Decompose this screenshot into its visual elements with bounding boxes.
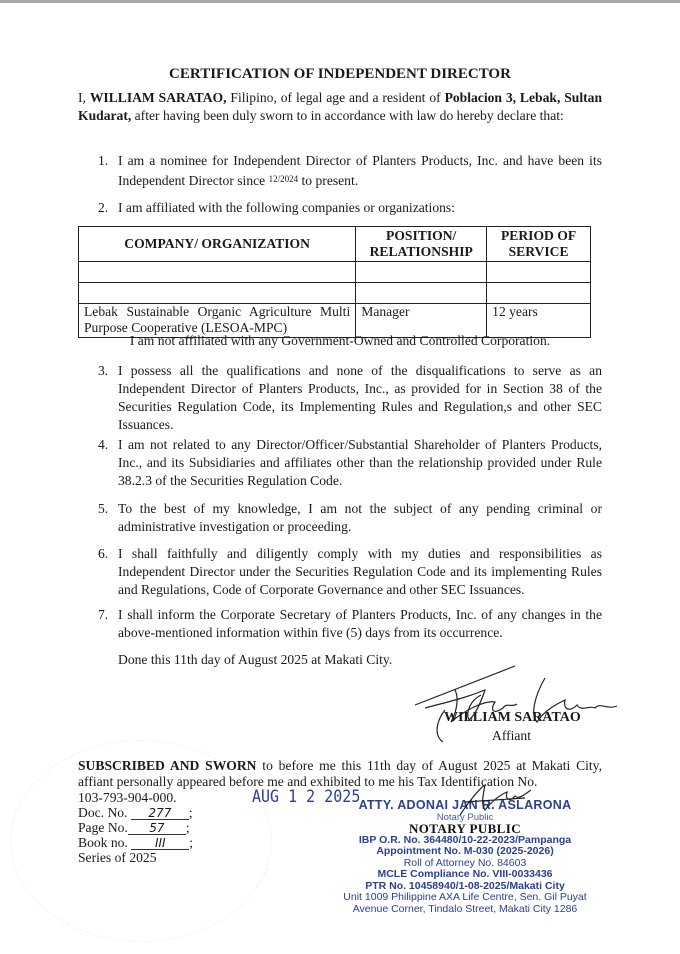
item-text: I am affiliated with the following compa… — [118, 199, 602, 217]
signatory-name: WILLIAM SARATAO — [444, 710, 581, 726]
item-number: 3. — [98, 362, 108, 380]
item-number: 6. — [98, 545, 108, 563]
cell-period — [487, 283, 591, 304]
item-4: 4. I am not related to any Director/Offi… — [98, 436, 602, 490]
registry-page: Page No.57; — [78, 820, 190, 835]
notary-appointment: Appointment No. M-030 (2025-2026) — [330, 846, 600, 858]
registry-series: Series of 2025 — [78, 850, 157, 865]
registry-label: Book no. — [78, 835, 128, 850]
item-text: To the best of my knowledge, I am not th… — [118, 500, 602, 536]
tin-number: 103-793-904-000. — [78, 790, 177, 806]
jurat-lead: SUBSCRIBED AND SWORN — [78, 758, 257, 773]
registry-value: 277 — [131, 806, 189, 820]
cell-company — [79, 262, 356, 283]
item-text: I shall inform the Corporate Secretary o… — [118, 606, 602, 642]
item-number: 2. — [98, 199, 108, 217]
registry-doc: Doc. No. 277; — [78, 805, 193, 820]
intro-paragraph: I, WILLIAM SARATAO, Filipino, of legal a… — [78, 89, 602, 125]
col-header-company: COMPANY/ ORGANIZATION — [79, 227, 356, 262]
cell-position — [356, 262, 487, 283]
registry-value: 57 — [128, 821, 186, 835]
intro-mid: Filipino, of legal age and a resident of — [227, 90, 445, 105]
affiliations-table: COMPANY/ ORGANIZATION POSITION/ RELATION… — [78, 226, 591, 338]
item-6: 6. I shall faithfully and diligently com… — [98, 545, 602, 599]
item-text: I am not related to any Director/Officer… — [118, 436, 602, 490]
notary-address-2: Avenue Corner, Tindalo Street, Makati Ci… — [330, 904, 600, 916]
item-number: 4. — [98, 436, 108, 454]
notary-signature-icon — [455, 780, 535, 820]
item-text-part: I am a nominee for Independent Director … — [118, 153, 602, 188]
cell-position — [356, 283, 487, 304]
page-top-edge — [0, 0, 680, 3]
done-statement: Done this 11th day of August 2025 at Mak… — [118, 652, 392, 668]
item-number: 7. — [98, 606, 108, 624]
col-header-position: POSITION/ RELATIONSHIP — [356, 227, 487, 262]
notary-title: NOTARY PUBLIC — [330, 823, 600, 835]
item-3: 3. I possess all the qualifications and … — [98, 362, 602, 434]
item-text: I am a nominee for Independent Director … — [118, 152, 602, 190]
registry-end: ; — [189, 805, 193, 820]
document-title: CERTIFICATION OF INDEPENDENT DIRECTOR — [0, 66, 680, 83]
table-row — [79, 262, 591, 283]
signatory-role: Affiant — [492, 728, 531, 744]
affiant-name: WILLIAM SARATAO, — [90, 90, 227, 105]
item-2: 2. I am affiliated with the following co… — [98, 199, 602, 217]
registry-value: III — [131, 836, 189, 850]
registry-label: Doc. No. — [78, 805, 127, 820]
director-since-date: 12/2024 — [269, 174, 299, 184]
intro-suffix: after having been duly sworn to in accor… — [131, 108, 564, 123]
item-text: I shall faithfully and diligently comply… — [118, 545, 602, 599]
col-header-period: PERIOD OF SERVICE — [487, 227, 591, 262]
intro-prefix: I, — [78, 90, 90, 105]
item-7: 7. I shall inform the Corporate Secretar… — [98, 606, 602, 642]
item-text: I possess all the qualifications and non… — [118, 362, 602, 434]
registry-label: Page No. — [78, 820, 128, 835]
item-number: 5. — [98, 500, 108, 518]
table-header-row: COMPANY/ ORGANIZATION POSITION/ RELATION… — [79, 227, 591, 262]
cell-company — [79, 283, 356, 304]
notary-mcle: MCLE Compliance No. VIII-0033436 — [330, 869, 600, 881]
table-row — [79, 283, 591, 304]
registry-book: Book no. III; — [78, 835, 193, 850]
cell-period — [487, 262, 591, 283]
notary-address-1: Unit 1009 Philippine AXA Life Centre, Se… — [330, 892, 600, 904]
gocc-note: I am not affiliated with any Government-… — [0, 333, 680, 349]
item-number: 1. — [98, 152, 108, 170]
registry-end: ; — [189, 835, 193, 850]
item-text-part: to present. — [298, 173, 358, 188]
item-5: 5. To the best of my knowledge, I am not… — [98, 500, 602, 536]
item-1: 1. I am a nominee for Independent Direct… — [98, 152, 602, 190]
registry-end: ; — [186, 820, 190, 835]
